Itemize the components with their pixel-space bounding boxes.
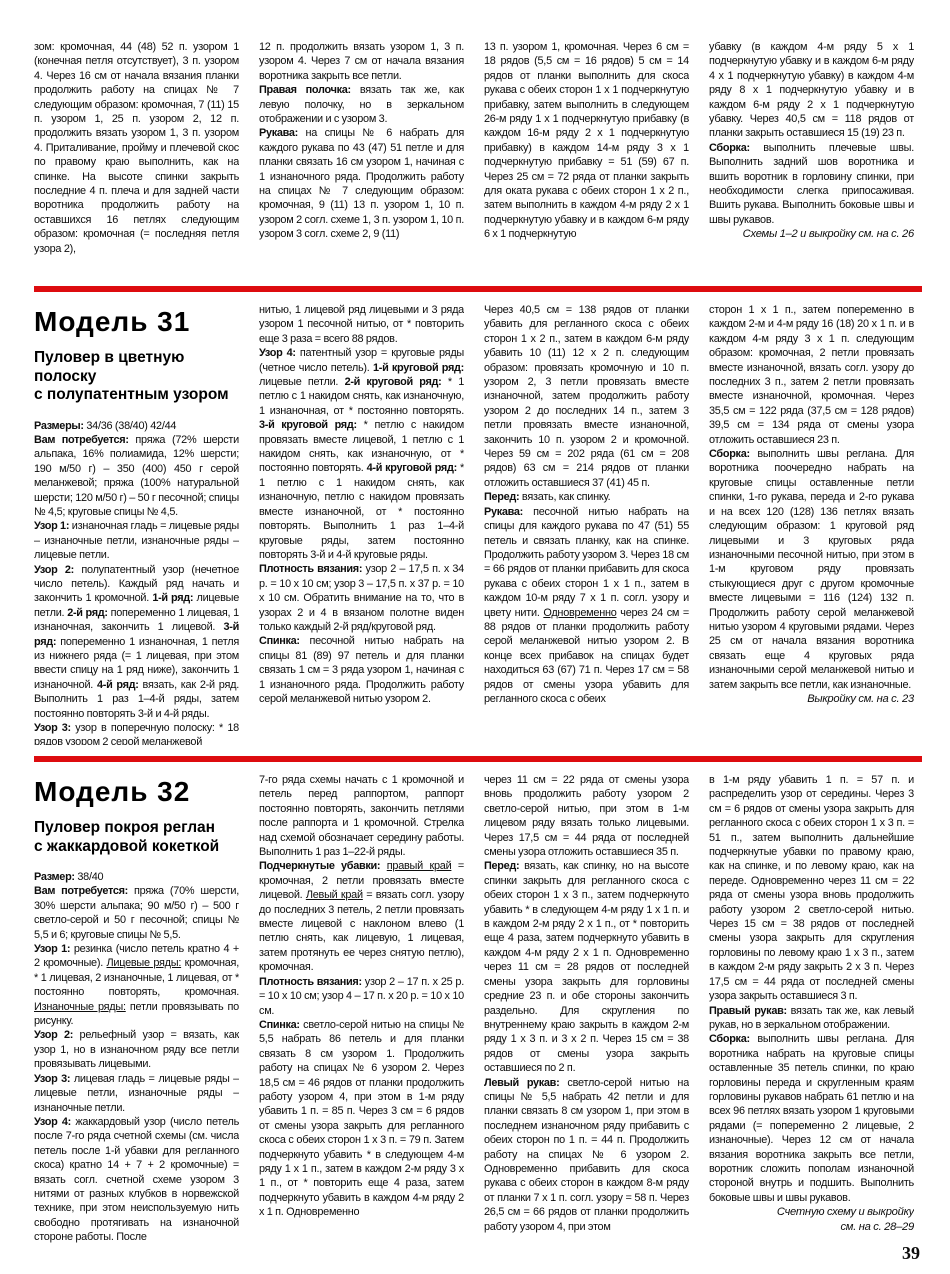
model-31-column-3: Через 40,5 см = 138 рядов от планки убав…: [484, 303, 689, 745]
paragraph: Размер: 38/40: [34, 870, 239, 884]
page-number: 39: [902, 1243, 920, 1264]
model-31-column-1-text: Размеры: 34/36 (38/40) 42/44Вам потребуе…: [34, 419, 239, 746]
paragraph: 13 п. узором 1, кромочная. Через 6 см = …: [484, 40, 689, 242]
paragraph: Вам потребуется: пряжа (72% шерсти альпа…: [34, 433, 239, 519]
paragraph: Сборка: выполнить плечевые швы. Выполнит…: [709, 141, 914, 227]
top-column-1: зом: кромочная, 44 (48) 52 п. узором 1 (…: [34, 40, 239, 256]
paragraph: Узор 3: лицевая гладь = лицевые ряды – л…: [34, 1072, 239, 1115]
paragraph: Через 40,5 см = 138 рядов от планки убав…: [484, 303, 689, 490]
continued-instructions-section: зом: кромочная, 44 (48) 52 п. узором 1 (…: [34, 40, 922, 275]
model-31-column-2: нитью, 1 лицевой ряд лицевыми и 3 ряда у…: [259, 303, 464, 745]
model-32-section: Модель 32 Пуловер покроя реглан с жаккар…: [34, 773, 922, 1270]
paragraph: зом: кромочная, 44 (48) 52 п. узором 1 (…: [34, 40, 239, 256]
paragraph: 12 п. продолжить вязать узором 1, 3 п. у…: [259, 40, 464, 83]
model-31-column-1: Модель 31 Пуловер в цветную полоску с по…: [34, 303, 239, 745]
paragraph: Рукава: на спицы № 6 набрать для каждого…: [259, 126, 464, 241]
paragraph: сторон 1 х 1 п., затем попеременно в каж…: [709, 303, 914, 447]
model-32-column-1-text: Размер: 38/40Вам потребуется: пряжа (70%…: [34, 870, 239, 1245]
paragraph: Перед: вязать, как спинку.: [484, 490, 689, 504]
paragraph: нитью, 1 лицевой ряд лицевыми и 3 ряда у…: [259, 303, 464, 346]
paragraph: убавку (в каждом 4-м ряду 5 х 1 подчеркн…: [709, 40, 914, 141]
paragraph: Узор 4: жаккардовый узор (число петель п…: [34, 1115, 239, 1245]
paragraph: 7-го ряда схемы начать с 1 кромочной и п…: [259, 773, 464, 859]
paragraph: Спинка: светло-серой нитью на спицы № 5,…: [259, 1018, 464, 1220]
paragraph: Перед: вязать, как спинку, но на высоте …: [484, 859, 689, 1075]
paragraph: Узор 2: полупатентный узор (нечетное чис…: [34, 563, 239, 721]
paragraph: в 1-м ряду убавить 1 п. = 57 п. и распре…: [709, 773, 914, 1004]
paragraph: Узор 1: резинка (число петель кратно 4 +…: [34, 942, 239, 1028]
top-column-3: 13 п. узором 1, кромочная. Через 6 см = …: [484, 40, 689, 256]
paragraph: Плотность вязания: узор 2 – 17 п. х 25 р…: [259, 975, 464, 1018]
paragraph: через 11 см = 22 ряда от смены узора вно…: [484, 773, 689, 859]
paragraph: Правый рукав: вязать так же, как левый р…: [709, 1004, 914, 1033]
model-31-title: Модель 31: [34, 307, 239, 337]
model-32-column-1: Модель 32 Пуловер покроя реглан с жаккар…: [34, 773, 239, 1245]
model-32-title: Модель 32: [34, 777, 239, 807]
model-32-column-2: 7-го ряда схемы начать с 1 кромочной и п…: [259, 773, 464, 1245]
model-31-section: Модель 31 Пуловер в цветную полоску с по…: [34, 303, 922, 745]
paragraph: Спинка: песочной нитью набрать на спицы …: [259, 634, 464, 706]
paragraph: Левый рукав: светло-серой нитью на спицы…: [484, 1076, 689, 1234]
top-column-4: убавку (в каждом 4-м ряду 5 х 1 подчеркн…: [709, 40, 914, 256]
model-32-subtitle: Пуловер покроя реглан с жаккардовой коке…: [34, 819, 239, 856]
top-column-2: 12 п. продолжить вязать узором 1, 3 п. у…: [259, 40, 464, 256]
paragraph: Схемы 1–2 и выкройку см. на с. 26: [709, 227, 914, 241]
section-divider: [34, 286, 922, 292]
model-32-column-3: через 11 см = 22 ряда от смены узора вно…: [484, 773, 689, 1245]
paragraph: Узор 3: узор в поперечную полоску: * 18 …: [34, 721, 239, 745]
paragraph: Узор 2: рельефный узор = вязать, как узо…: [34, 1028, 239, 1071]
model-31-column-4: сторон 1 х 1 п., затем попеременно в каж…: [709, 303, 914, 745]
paragraph: Подчеркнутые убавки: правый край = кромо…: [259, 859, 464, 974]
paragraph: Рукава: песочной нитью набрать на спицы …: [484, 505, 689, 707]
paragraph: Плотность вязания: узор 2 – 17,5 п. х 34…: [259, 562, 464, 634]
paragraph: Сборка: выполнить швы реглана. Для ворот…: [709, 1032, 914, 1205]
paragraph: Счетную схему и выкройкусм. на с. 28–29: [709, 1205, 914, 1234]
paragraph: Узор 1: изнаночная гладь = лицевые ряды …: [34, 519, 239, 562]
magazine-page: зом: кромочная, 44 (48) 52 п. узором 1 (…: [0, 0, 950, 1274]
paragraph: Сборка: выполнить швы реглана. Для ворот…: [709, 447, 914, 692]
model-31-subtitle: Пуловер в цветную полоску с полупатентны…: [34, 349, 239, 405]
paragraph: Размеры: 34/36 (38/40) 42/44: [34, 419, 239, 433]
model-32-column-4: в 1-м ряду убавить 1 п. = 57 п. и распре…: [709, 773, 914, 1245]
paragraph: Вам потребуется: пряжа (70% шерсти, 30% …: [34, 884, 239, 942]
paragraph: Правая полочка: вязать так же, как левую…: [259, 83, 464, 126]
section-divider: [34, 756, 922, 762]
paragraph: Выкройку см. на с. 23: [709, 692, 914, 706]
paragraph: Узор 4: патентный узор = круговые ряды (…: [259, 346, 464, 562]
